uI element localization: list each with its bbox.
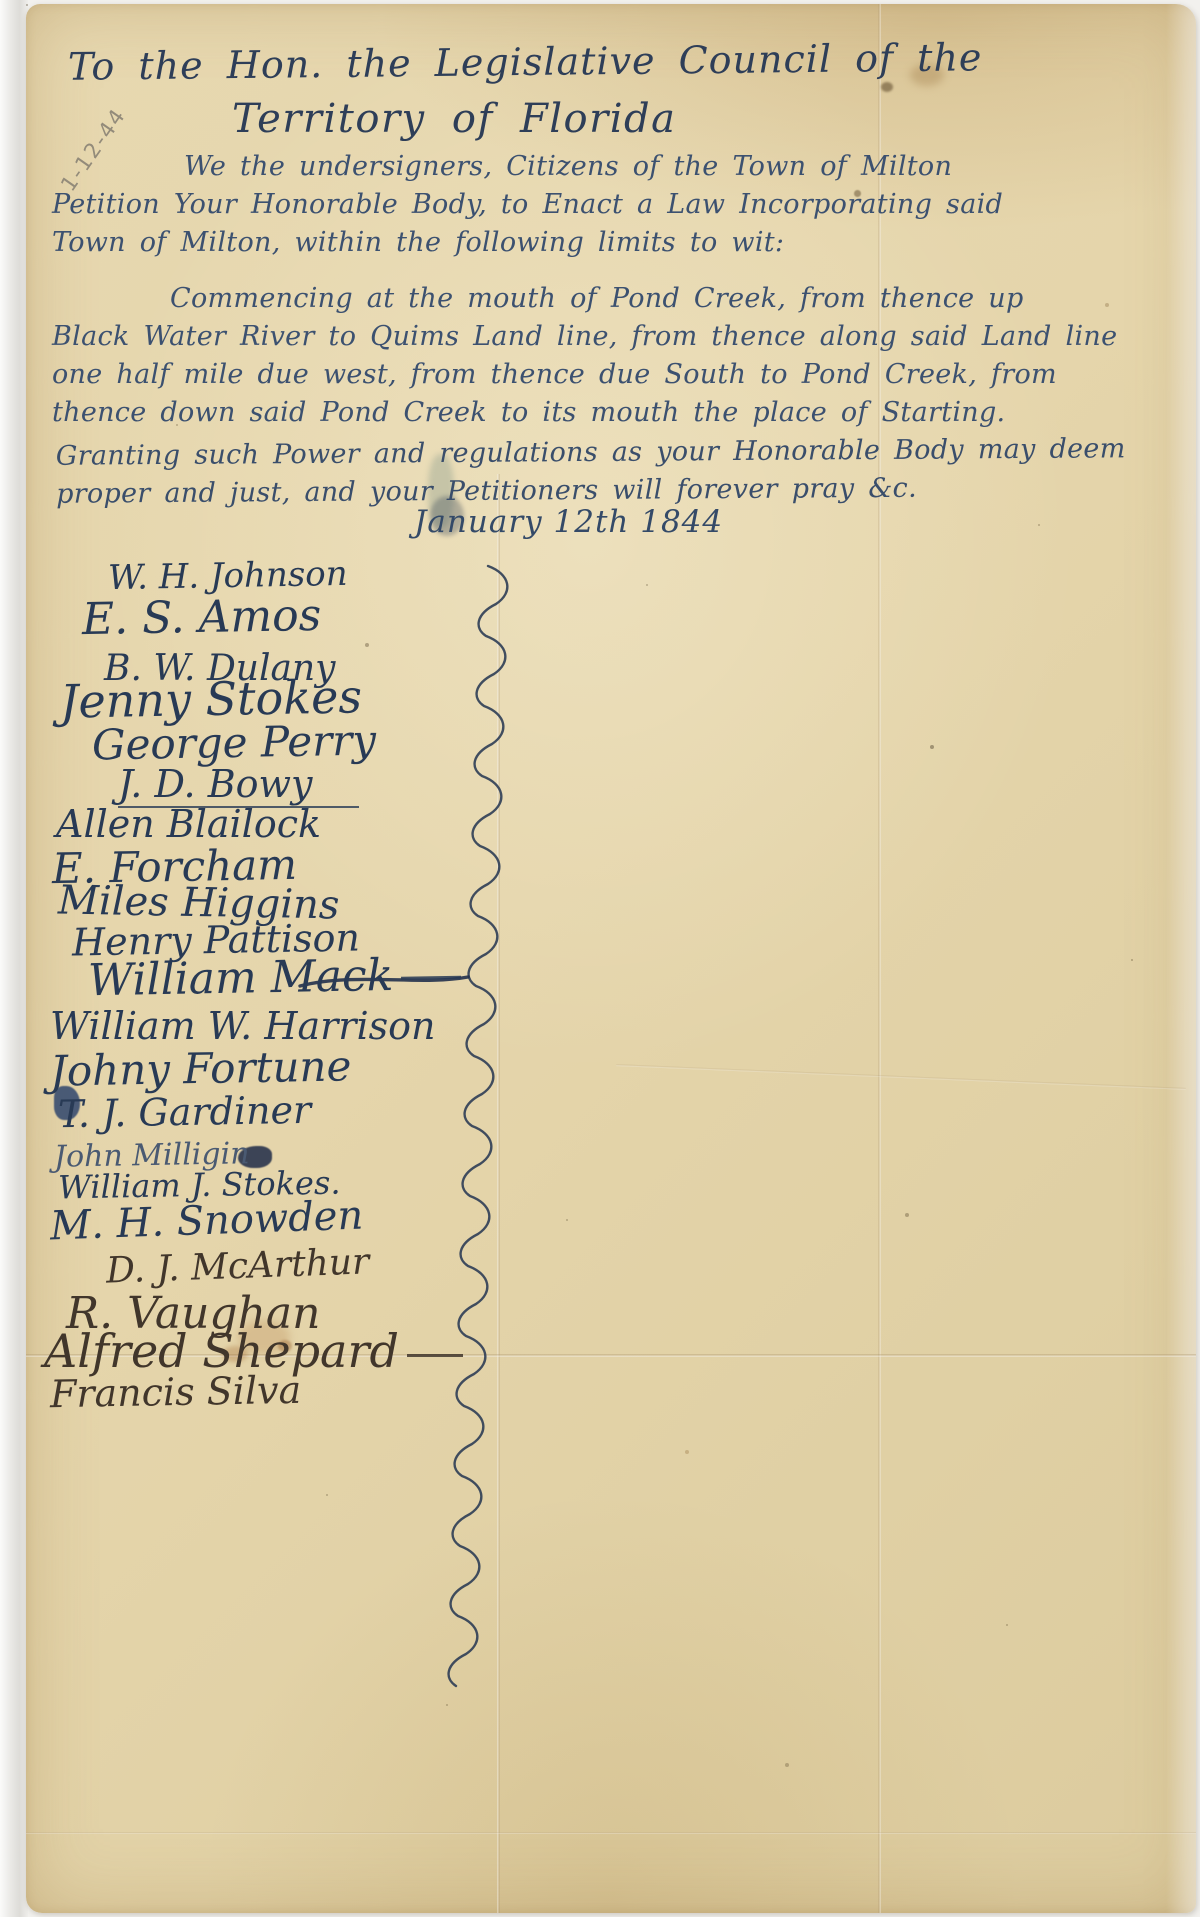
handwritten-line: Commencing at the mouth of Pond Creek, f… <box>52 280 1117 318</box>
signature: Francis Silva <box>50 1368 302 1416</box>
signature-name: T. J. Gardiner <box>58 1088 312 1136</box>
signature: William Mack <box>88 949 462 1007</box>
petition-paragraph-boundaries: Commencing at the mouth of Pond Creek, f… <box>52 280 1117 432</box>
diagonal-crease <box>616 1064 1186 1090</box>
date-line: January 12th 1844 <box>414 504 723 540</box>
handwritten-line: Town of Milton, within the following lim… <box>52 224 1003 262</box>
signature-name: William Mack <box>88 950 394 1006</box>
scanned-petition-page: { "document": { "annotation_pencil": "1-… <box>0 0 1200 1917</box>
stain <box>881 82 893 92</box>
paper-edge-highlight <box>1166 4 1196 1913</box>
paper-speckles <box>26 4 28 6</box>
handwritten-line: one half mile due west, from thence due … <box>52 356 1117 394</box>
vertical-fold-crease <box>497 474 500 1913</box>
handwritten-line: Petition Your Honorable Body, to Enact a… <box>52 186 1003 224</box>
signature-name: E. S. Amos <box>82 590 322 645</box>
signature-name: J. D. Bowy <box>118 762 313 806</box>
signature-trailing-flourish <box>407 1354 463 1357</box>
signature-name: William W. Harrison <box>50 1004 435 1048</box>
signature-trailing-flourish <box>401 976 461 980</box>
signature: William W. Harrison <box>50 1004 435 1048</box>
petition-paragraph-preamble: We the undersigners, Citizens of the Tow… <box>52 148 1003 262</box>
petition-paragraph-prayer: Granting such Power and regulations as y… <box>56 430 1126 513</box>
handwritten-line: We the undersigners, Citizens of the Tow… <box>52 148 1003 186</box>
handwritten-line: Granting such Power and regulations as y… <box>56 430 1126 475</box>
horizontal-fold-crease <box>26 1832 1196 1834</box>
signature: E. S. Amos <box>82 590 322 645</box>
handwritten-line: thence down said Pond Creek to its mouth… <box>52 394 1117 432</box>
signature: T. J. Gardiner <box>58 1088 312 1136</box>
handwritten-line: Black Water River to Quims Land line, fr… <box>52 318 1117 356</box>
heading-line2: Territory of Florida <box>232 96 676 142</box>
signature-name: Francis Silva <box>50 1368 302 1416</box>
scanner-background <box>0 0 28 1917</box>
